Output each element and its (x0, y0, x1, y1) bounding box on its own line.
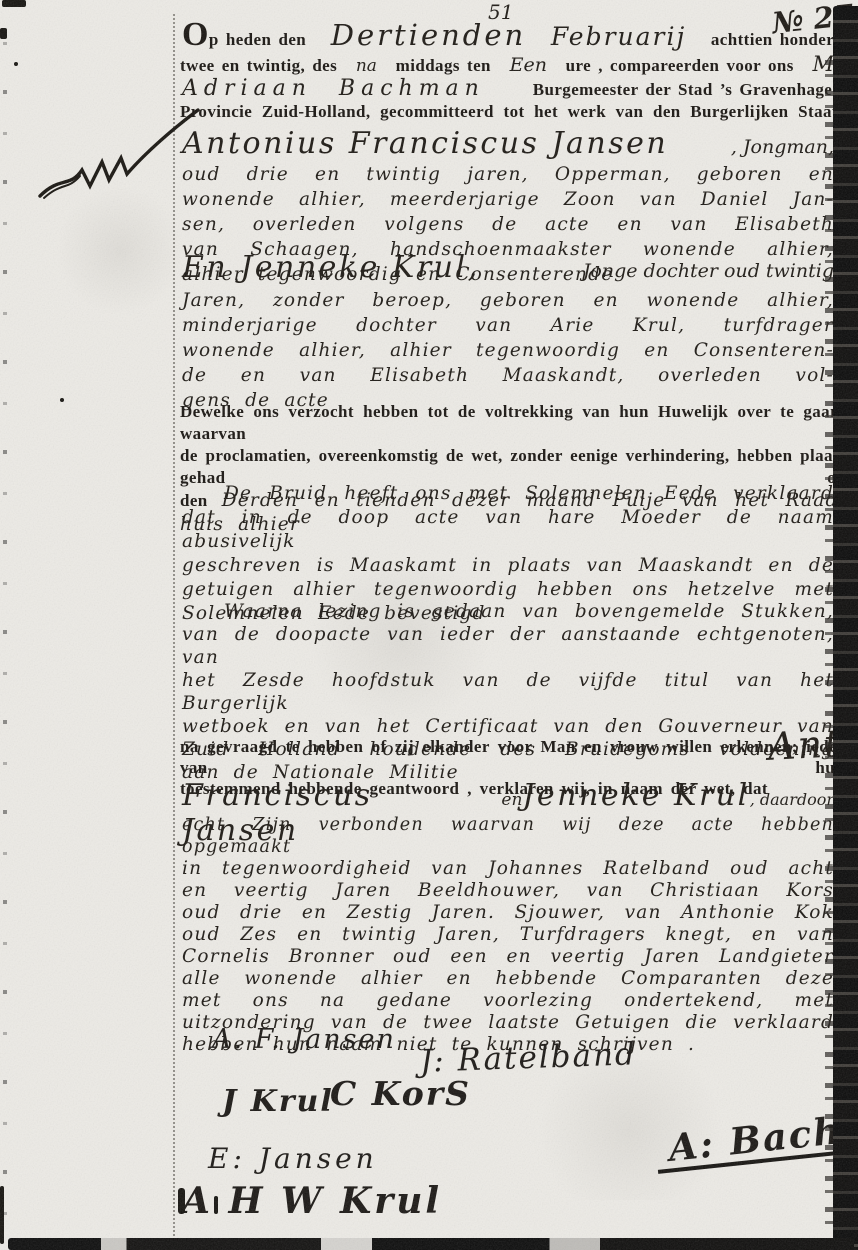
ink-speck (60, 398, 64, 402)
opening-l2-printed-b: middags ten (396, 56, 491, 76)
groom-name-suffix: , Jongman, (731, 136, 834, 158)
declaration-line: en veertig Jaren Beeldhouwer, van Christ… (182, 880, 834, 902)
ink-speck (14, 62, 18, 66)
declaration-line: echt Zijn verbonden waarvan wij deze act… (182, 814, 834, 858)
opening-line-1: Op heden den Dertienden Februarij achtti… (182, 18, 844, 52)
ink-speck (0, 1186, 4, 1244)
signature-father-bride: A H W Krul (182, 1180, 442, 1222)
oath-line: De Bruid heeft ons met Solemnelen Eede v… (182, 482, 834, 506)
request-printed-line: Dewelke ons verzocht hebben tot de voltr… (180, 401, 846, 445)
reading-line: Waarna lezing is gedaan van bovengemelde… (182, 600, 834, 623)
opening-line-4: Provincie Zuid-Holland, gecommitteerd to… (180, 102, 844, 122)
bride-paragraph: En Jenneke Krul, Jonge dochter oud twint… (182, 250, 834, 413)
bride-name-rest: Jonge dochter oud twintig (583, 260, 834, 282)
declaration-names-line: Franciscus Jansen en Jenneke Krul , daar… (182, 778, 834, 814)
declaration-en: en (501, 790, 522, 810)
opening-line-2: twee en twintig, des na middags ten Een … (180, 52, 844, 76)
opening-printed-b: achttien honderd (711, 30, 844, 50)
declaration-line: alle wonende alhier en hebbende Comparan… (182, 968, 834, 990)
oath-line: getuigen alhier tegenwoordig hebben ons … (182, 578, 834, 602)
declaration-line: oud Zes en twintig Jaren, Turfdragers kn… (182, 924, 834, 946)
opening-l2-printed-c: ure , compareerden voor ons (566, 56, 794, 76)
reading-line: het Zesde hoofdstuk van de vijfde titul … (182, 669, 834, 715)
reading-line: van de doopacte van ieder der aanstaande… (182, 623, 834, 669)
ink-speck (2, 0, 26, 7)
groom-name: Antonius Franciscus Jansen (182, 126, 668, 161)
declaration-printed-line: na gevraagd te hebben of zij elkander vo… (180, 736, 845, 778)
ink-speck (178, 1188, 185, 1214)
declaration-name2: Jenneke Krul (522, 778, 749, 813)
scan-edge-bottom (8, 1238, 854, 1250)
oath-line: geschreven is Maaskamt in plaats van Maa… (182, 554, 834, 578)
oath-line: dat in de doop acte van hare Moeder de n… (182, 506, 834, 554)
hw-day: Dertienden (331, 18, 526, 52)
ink-speck (0, 28, 7, 39)
signature-witness-kors: C KorS (330, 1074, 471, 1113)
scan-edge-left (3, 0, 7, 1250)
hw-daypart: na (356, 56, 377, 76)
bride-name-line: En Jenneke Krul, Jonge dochter oud twint… (182, 250, 834, 288)
declaration-line: met ons na gedane voorlezing ondertekend… (182, 990, 834, 1012)
scan-edge-right (833, 6, 858, 1250)
opening-printed-a: Op heden den (182, 25, 306, 50)
reading-line: wetboek en van het Certificaat van den G… (182, 715, 834, 738)
declaration-line: Cornelis Bronner oud een en veertig Jare… (182, 946, 834, 968)
declaration-line: in tegenwoordigheid van Johannes Ratelba… (182, 858, 834, 880)
marriage-record-scan: 51 № 27 Op heden den Dertienden Februari… (0, 0, 858, 1250)
bride-line: Jaren, zonder beroep, geboren en wonende… (182, 288, 834, 313)
signature-bride: J Krul (222, 1084, 334, 1119)
declaration-paragraph: Franciscus Jansen en Jenneke Krul , daar… (182, 778, 834, 1056)
opening-l2-printed-a: twee en twintig, des (180, 56, 337, 76)
hw-hour: Een (510, 54, 547, 76)
groom-line: wonende alhier, meerderjarige Zoon van D… (182, 187, 834, 212)
hw-burgemeester-name: Adriaan Bachman (182, 76, 485, 101)
ink-speck (214, 1196, 218, 1214)
declaration-suffix: , daardoor (750, 790, 834, 809)
groom-name-line: Antonius Franciscus Jansen , Jongman, (182, 126, 834, 162)
signature-groom: A. F. Jansen (212, 1024, 396, 1055)
groom-line: oud drie en twintig jaren, Opperman, geb… (182, 162, 834, 187)
declaration-line: oud drie en Zestig Jaren. Sjouwer, van A… (182, 902, 834, 924)
groom-line: sen, overleden volgens de acte en van El… (182, 212, 834, 237)
margin-flourish-mark (34, 104, 204, 204)
bride-name: En Jenneke Krul, (182, 250, 480, 285)
signature-mother-groom: E: Jansen (208, 1142, 378, 1175)
opening-line-3: Adriaan Bachman Burgemeester der Stad ’s… (182, 76, 844, 101)
bride-line: de en van Elisabeth Maaskandt, overleden… (182, 363, 834, 388)
bride-line: minderjarige dochter van Arie Krul, turf… (182, 313, 834, 338)
hw-month: Februarij (551, 22, 686, 51)
opening-l3-printed: Burgemeester der Stad ’s Gravenhage , (533, 80, 844, 100)
bride-line: wonende alhier, alhier tegenwoordig en C… (182, 338, 834, 363)
drop-cap: O (182, 16, 209, 53)
